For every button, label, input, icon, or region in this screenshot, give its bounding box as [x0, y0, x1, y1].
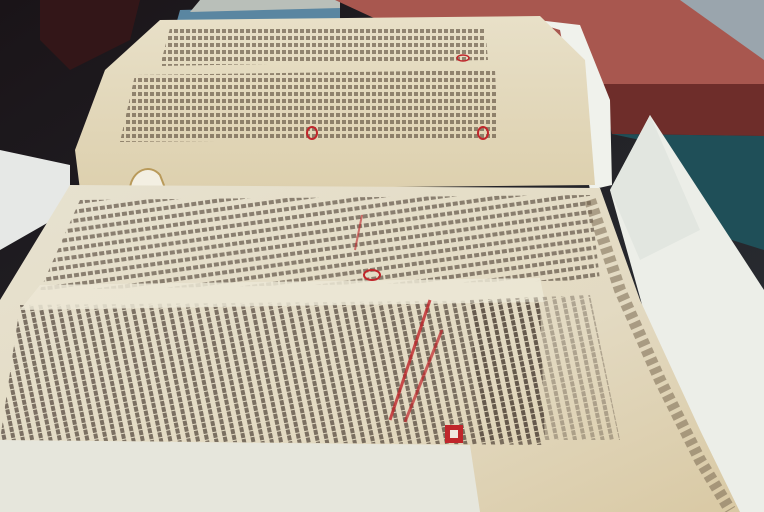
- lower-text-block-2: [0, 300, 545, 445]
- lower-text-block-1: [40, 195, 600, 290]
- upper-text-block-2: [120, 70, 498, 142]
- manuscript-photo: [0, 0, 764, 512]
- red-initial-lower-1-inner: [450, 430, 458, 438]
- lower-page-bottom-margin: [0, 440, 480, 512]
- upper-text-block-1: [160, 28, 488, 66]
- red-box-side: [600, 84, 764, 136]
